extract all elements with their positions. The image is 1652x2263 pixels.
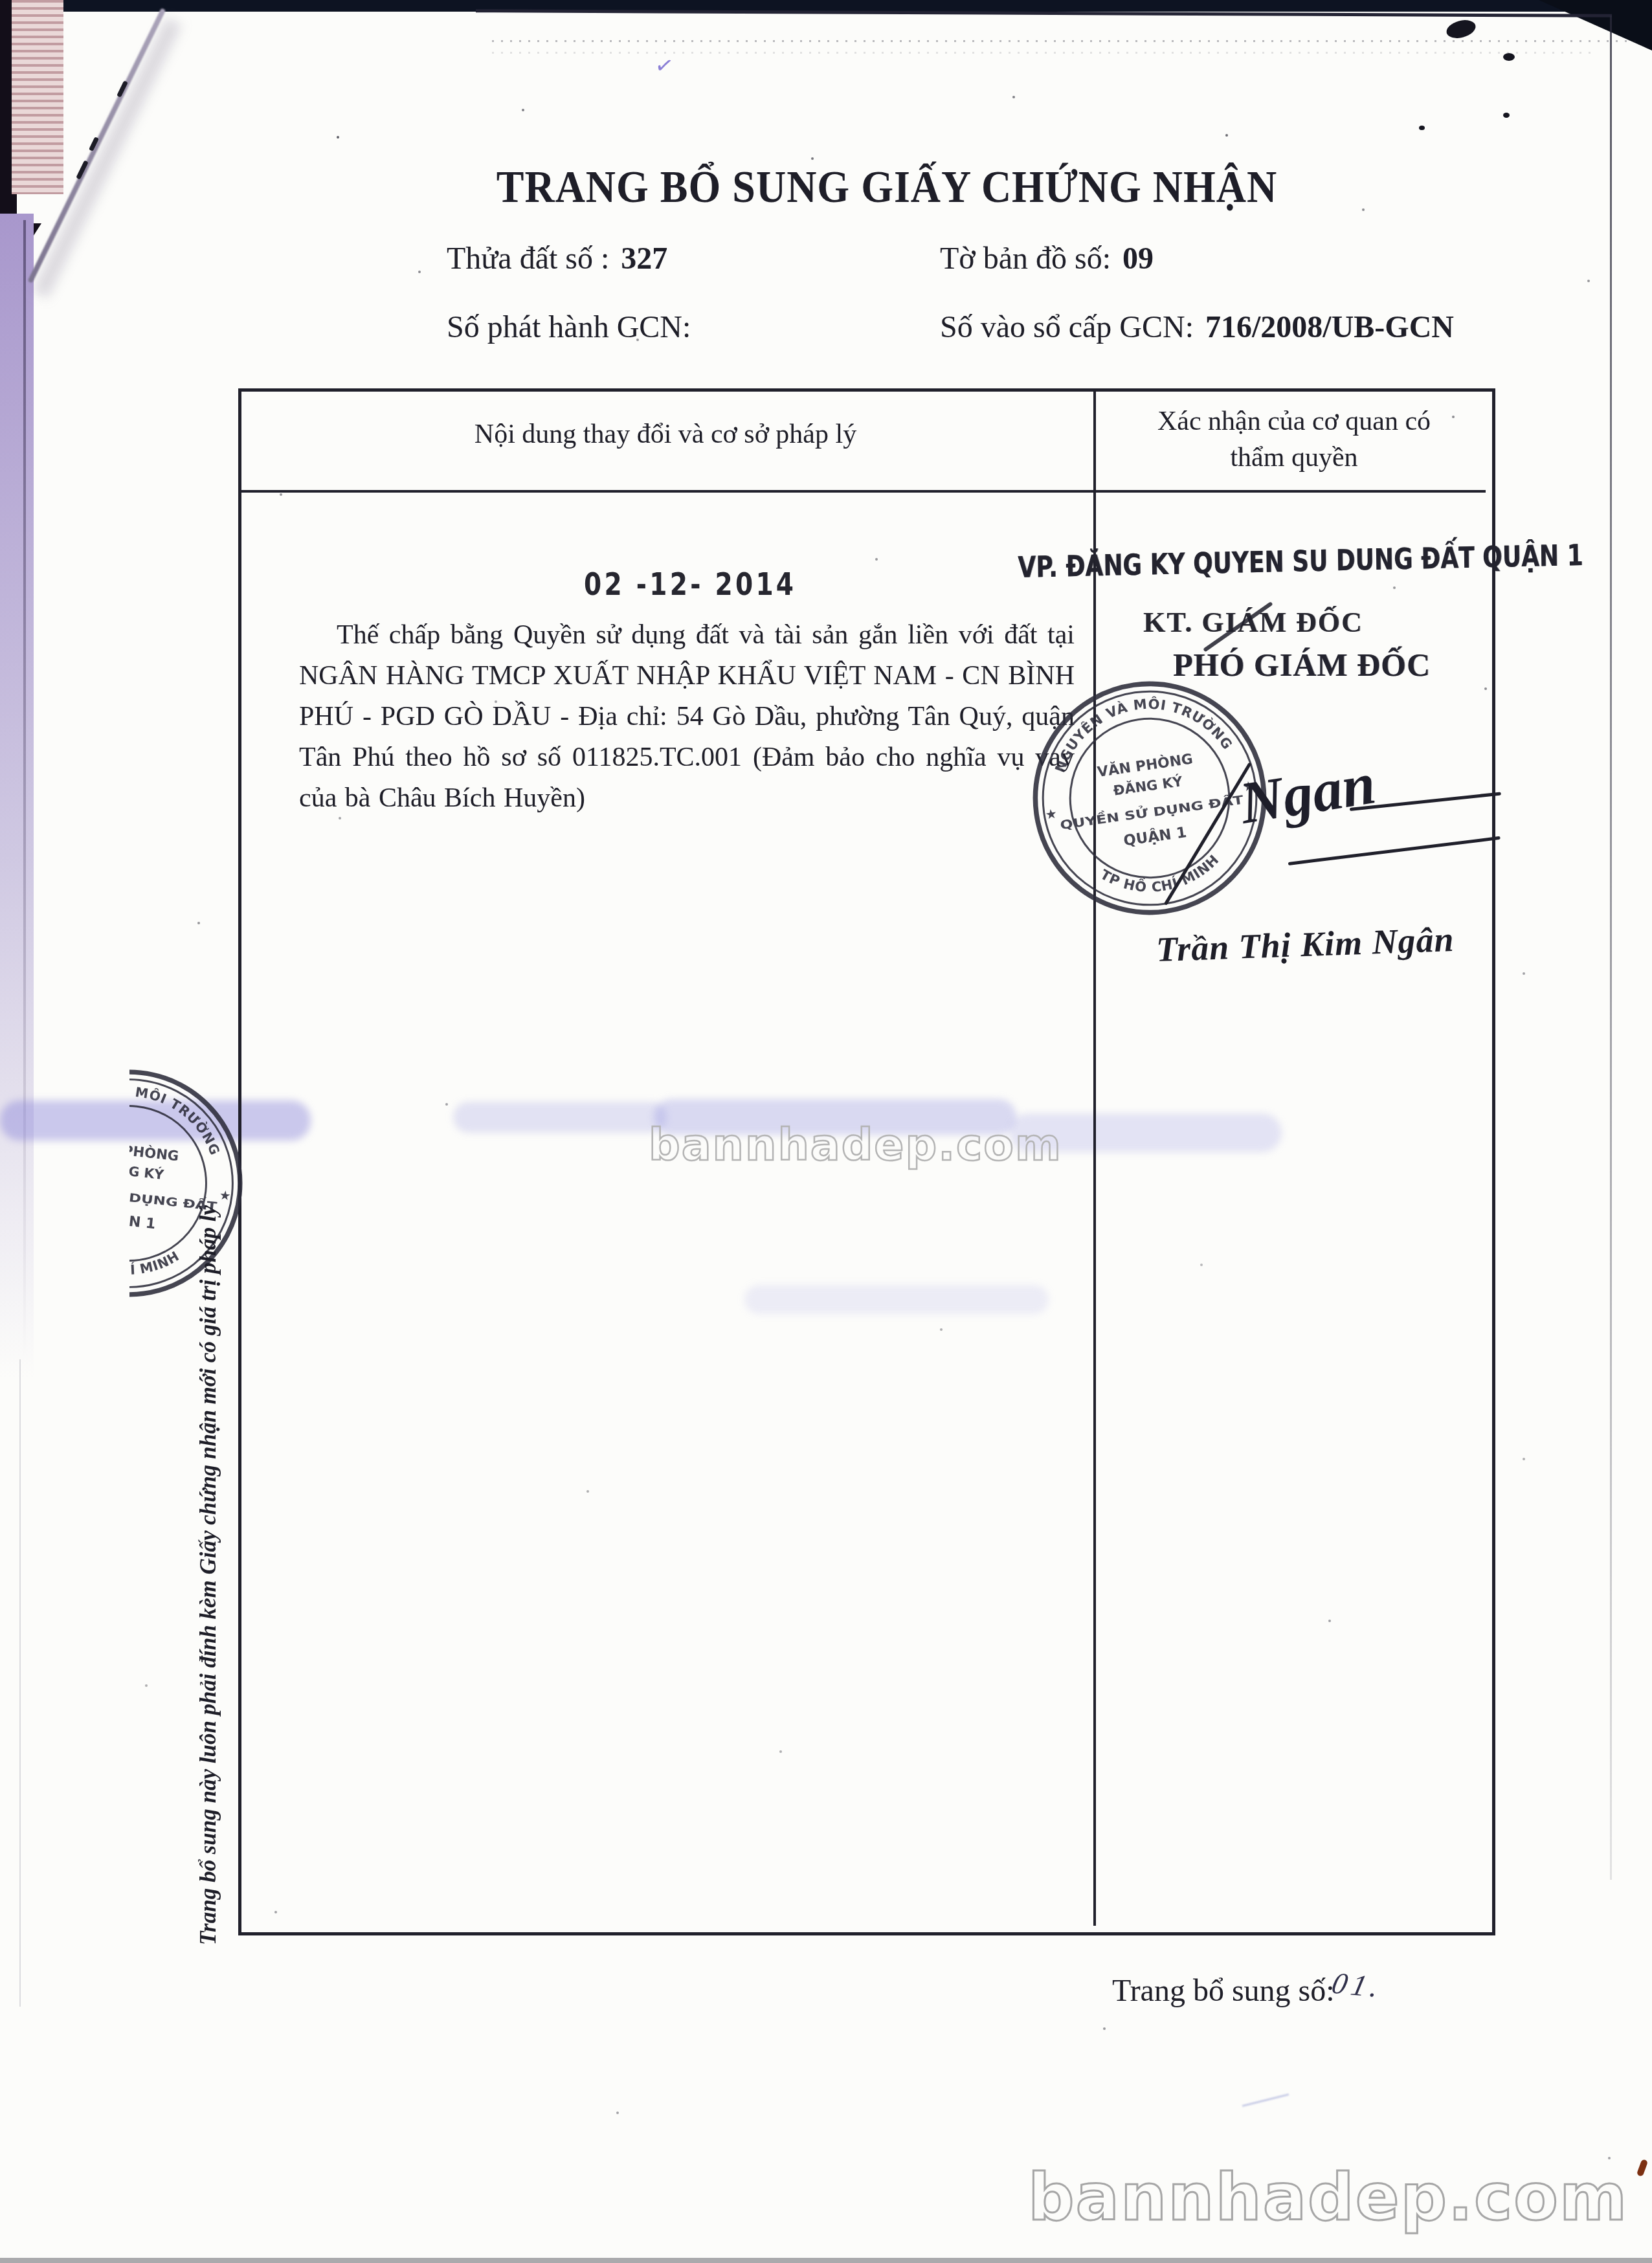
scan-left-edge-shadow: [0, 214, 34, 1379]
scan-left-edge-line: [23, 220, 26, 1359]
supplement-page-number-handwritten: 01.: [1329, 1966, 1387, 2005]
gcn-issue-label: Số phát hành GCN:: [447, 310, 691, 344]
ink-blob: [1444, 17, 1477, 41]
gcn-book-value: 716/2008/UB-GCN: [1205, 310, 1454, 344]
scan-orange-fleck: [1636, 2159, 1648, 2177]
table-header-underline: [241, 490, 1486, 493]
parcel-number-value: 327: [621, 241, 667, 276]
kt-director-line: KT. GIÁM ĐỐC: [1143, 606, 1363, 639]
parcel-number-label: Thửa đất số :: [447, 241, 609, 276]
supplement-page-label: Trang bổ sung số:: [1112, 1973, 1335, 2009]
table-column-divider: [1093, 392, 1096, 1926]
violet-check-mark: ✓: [653, 52, 676, 80]
parcel-number-field: Thửa đất số :327: [447, 241, 667, 276]
page-title: TRANG BỔ SUNG GIẤY CHỨNG NHẬN: [122, 161, 1652, 213]
table-header-confirmation: Xác nhận của cơ quan có thẩm quyền: [1132, 403, 1456, 476]
table-header-content: Nội dung thay đổi và cơ sở pháp lý: [368, 416, 963, 452]
scan-pink-film-artifact: [12, 0, 63, 194]
watermark-bottom-right: bannhadep.com: [1028, 2159, 1628, 2235]
scan-left-faint-line: [19, 1359, 21, 2007]
map-sheet-field: Tờ bản đồ số:09: [940, 241, 1154, 276]
scan-top-edge-artifact: [0, 0, 1652, 12]
scan-noise-line: [492, 40, 1638, 42]
side-note-vertical: Trang bổ sung này luôn phải đính kèm Giấ…: [195, 1128, 221, 1945]
gcn-book-label: Số vào sổ cấp GCN:: [940, 310, 1194, 344]
gcn-issue-field: Số phát hành GCN:: [447, 309, 691, 345]
date-stamp: 02 -12- 2014: [584, 566, 796, 603]
scanned-certificate-page: ✓ bannhadep.com bannhadep.com TRANG BỔ S…: [0, 0, 1652, 2263]
ink-blob: [1419, 126, 1425, 130]
stamp-line-quyen-su-dung-dat: QUYỀN SỬ DỤNG ĐẤT: [1059, 792, 1245, 833]
underlying-page-right-edge: [1610, 16, 1612, 1880]
round-official-stamp-partial: NGUYÊN VÀ MÔI TRƯỜNG TP HỒ CHÍ MINH ★ VĂ…: [129, 1062, 252, 1311]
mortgage-entry-text: Thế chấp bằng Quyền sử dụng đất và tài s…: [299, 615, 1075, 819]
gcn-book-field: Số vào sổ cấp GCN:716/2008/UB-GCN: [940, 309, 1454, 345]
stamp-line-quan-1: QUẬN 1: [1122, 823, 1188, 849]
stamp-line-quan-1: QUẬN 1: [129, 1209, 157, 1232]
blue-pen-scratch: [1242, 2093, 1289, 2107]
map-sheet-value: 09: [1122, 241, 1154, 276]
map-sheet-label: Tờ bản đồ số:: [940, 241, 1111, 276]
stamp-star-left: ★: [1044, 805, 1058, 822]
ink-blob: [1503, 113, 1510, 118]
scan-speckle-noise: [0, 0, 3, 3]
stamp-line-dang-ky: ĐĂNG KÝ: [129, 1159, 164, 1183]
scan-bottom-edge-artifact: [0, 2258, 1652, 2263]
stamp-line-van-phong: VĂN PHÒNG: [129, 1138, 180, 1165]
left-edge-stamp-clip: NGUYÊN VÀ MÔI TRƯỜNG TP HỒ CHÍ MINH ★ VĂ…: [129, 1062, 252, 1315]
ink-blob: [1503, 53, 1515, 61]
